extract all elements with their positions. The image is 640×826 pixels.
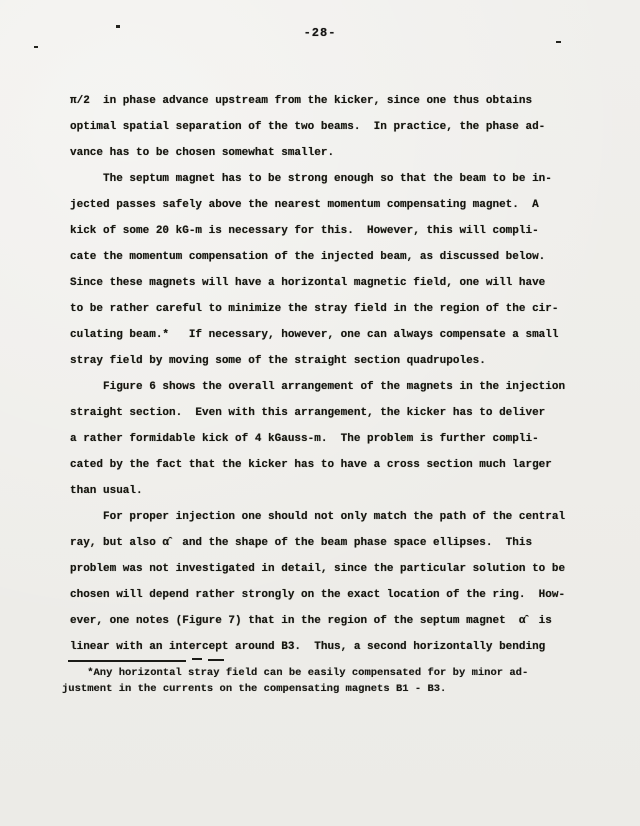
text-line: than usual. (70, 478, 582, 504)
text-line: ever, one notes (Figure 7) that in the r… (70, 608, 582, 634)
body-text: π/2 in phase advance upstream from the k… (70, 88, 582, 660)
text-line: optimal spatial separation of the two be… (70, 114, 582, 140)
page-number: -28- (0, 26, 640, 40)
footnote: *Any horizontal stray field can be easil… (62, 665, 582, 697)
text-line: cate the momentum compensation of the in… (70, 244, 582, 270)
scan-speck (34, 46, 38, 48)
text-line: The septum magnet has to be strong enoug… (70, 166, 582, 192)
text-line: linear with an intercept around B3. Thus… (70, 634, 582, 660)
text-line: straight section. Even with this arrange… (70, 400, 582, 426)
text-line: Since these magnets will have a horizont… (70, 270, 582, 296)
scan-dash (208, 659, 224, 661)
text-line: For proper injection one should not only… (70, 504, 582, 530)
footnote-line: justment in the currents on the compensa… (62, 681, 582, 697)
document-page: -28- π/2 in phase advance upstream from … (0, 0, 640, 826)
text-line: problem was not investigated in detail, … (70, 556, 582, 582)
text-line: cated by the fact that the kicker has to… (70, 452, 582, 478)
footnote-divider (68, 660, 186, 662)
scan-speck (556, 41, 561, 43)
text-line: to be rather careful to minimize the str… (70, 296, 582, 322)
text-line: Figure 6 shows the overall arrangement o… (70, 374, 582, 400)
text-line: a rather formidable kick of 4 kGauss-m. … (70, 426, 582, 452)
text-line: chosen will depend rather strongly on th… (70, 582, 582, 608)
scan-speck (116, 25, 120, 28)
text-line: π/2 in phase advance upstream from the k… (70, 88, 582, 114)
text-line: ray, but also α̂ and the shape of the be… (70, 530, 582, 556)
text-line: jected passes safely above the nearest m… (70, 192, 582, 218)
text-line: stray field by moving some of the straig… (70, 348, 582, 374)
scan-dash (192, 658, 202, 660)
text-line: culating beam.* If necessary, however, o… (70, 322, 582, 348)
footnote-line: *Any horizontal stray field can be easil… (62, 665, 582, 681)
text-line: kick of some 20 kG-m is necessary for th… (70, 218, 582, 244)
text-line: vance has to be chosen somewhat smaller. (70, 140, 582, 166)
